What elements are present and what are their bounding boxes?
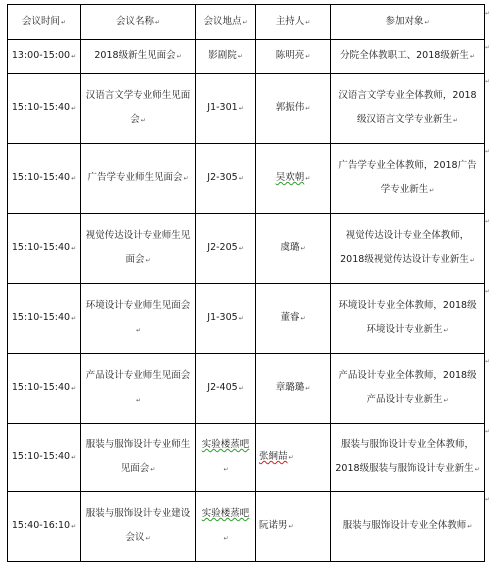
header-host: 主持人↵	[256, 5, 331, 40]
cell-attendees: 汉语言文学专业全体教师，2018级汉语言文学专业新生↵	[331, 74, 485, 144]
row-end-mark: ↵	[485, 218, 490, 225]
cell-name: 产品设计专业师生见面会↵	[81, 354, 196, 424]
cell-name: 汉语言文学专业师生见面会↵	[81, 74, 196, 144]
cell-time: 13:00-15:00↵	[8, 40, 81, 74]
header-attendees: 参加对象↵	[331, 5, 485, 40]
cell-name: 环境设计专业师生见面会↵	[81, 284, 196, 354]
cell-time: 15:40-16:10↵	[8, 492, 81, 562]
cell-host: 张絅喆↵	[256, 424, 331, 492]
cell-attendees: 广告学专业全体教师，2018广告学专业新生↵	[331, 144, 485, 214]
cell-time: 15:10-15:40↵	[8, 214, 81, 284]
cell-host: 董睿↵	[256, 284, 331, 354]
cell-host: 阮诺男↵	[256, 492, 331, 562]
cell-location: 实验楼蒸吧↵	[196, 424, 256, 492]
cell-location: J1-305↵	[196, 284, 256, 354]
cell-name: 广告学专业师生见面会↵	[81, 144, 196, 214]
row-end-mark: ↵	[485, 428, 490, 435]
cell-name: 2018级新生见面会↵	[81, 40, 196, 74]
table-row: 15:10-15:40↵ 产品设计专业师生见面会↵ J2-405↵ 章璐璐↵ 产…	[8, 354, 485, 424]
cell-attendees: 视觉传达设计专业全体教师，2018级视觉传达设计专业新生↵	[331, 214, 485, 284]
row-end-mark: ↵	[485, 78, 490, 85]
cell-attendees: 环境设计专业全体教师，2018级环境设计专业新生↵	[331, 284, 485, 354]
cell-time: 15:10-15:40↵	[8, 144, 81, 214]
row-end-mark: ↵	[485, 496, 490, 503]
cell-host: 陈明亮↵	[256, 40, 331, 74]
cell-attendees: 服装与服饰设计专业全体教师，2018级服装与服饰设计专业新生↵	[331, 424, 485, 492]
table-row: 15:10-15:40↵ 环境设计专业师生见面会↵ J1-305↵ 董睿↵ 环境…	[8, 284, 485, 354]
header-name: 会议名称↵	[81, 5, 196, 40]
cell-location: J2-305↵	[196, 144, 256, 214]
cell-time: 15:10-15:40↵	[8, 354, 81, 424]
table-row: 15:40-16:10↵ 服装与服饰设计专业建设会议↵ 实验楼蒸吧↵ 阮诺男↵ …	[8, 492, 485, 562]
table-row: 15:10-15:40↵ 视觉传达设计专业师生见面会↵ J2-205↵ 虞璐↵ …	[8, 214, 485, 284]
cell-attendees: 产品设计专业全体教师，2018级产品设计专业新生↵	[331, 354, 485, 424]
cell-attendees: 服装与服饰设计专业全体教师↵	[331, 492, 485, 562]
cell-name: 服装与服饰设计专业师生见面会↵	[81, 424, 196, 492]
cell-time: 15:10-15:40↵	[8, 284, 81, 354]
row-end-mark: ↵	[485, 10, 490, 17]
row-end-mark: ↵	[485, 44, 490, 51]
cell-name: 视觉传达设计专业师生见面会↵	[81, 214, 196, 284]
meeting-schedule-table: 会议时间↵ 会议名称↵ 会议地点↵ 主持人↵ 参加对象↵ 13:00-15:00…	[7, 4, 485, 562]
cell-host: 郭振伟↵	[256, 74, 331, 144]
cell-time: 15:10-15:40↵	[8, 424, 81, 492]
cell-host: 吴欢朝↵	[256, 144, 331, 214]
header-location: 会议地点↵	[196, 5, 256, 40]
cell-location: J2-405↵	[196, 354, 256, 424]
cell-location: J2-205↵	[196, 214, 256, 284]
cell-host: 章璐璐↵	[256, 354, 331, 424]
row-end-mark: ↵	[485, 288, 490, 295]
row-end-mark: ↵	[485, 148, 490, 155]
table-row: 15:10-15:40↵ 汉语言文学专业师生见面会↵ J1-301↵ 郭振伟↵ …	[8, 74, 485, 144]
table-row: 15:10-15:40↵ 广告学专业师生见面会↵ J2-305↵ 吴欢朝↵ 广告…	[8, 144, 485, 214]
row-end-mark: ↵	[485, 358, 490, 365]
header-time: 会议时间↵	[8, 5, 81, 40]
cell-location: 实验楼蒸吧↵	[196, 492, 256, 562]
cell-time: 15:10-15:40↵	[8, 74, 81, 144]
cell-location: J1-301↵	[196, 74, 256, 144]
cell-attendees: 分院全体教职工、2018级新生↵	[331, 40, 485, 74]
header-row: 会议时间↵ 会议名称↵ 会议地点↵ 主持人↵ 参加对象↵	[8, 5, 485, 40]
cell-name: 服装与服饰设计专业建设会议↵	[81, 492, 196, 562]
cell-host: 虞璐↵	[256, 214, 331, 284]
cell-location: 影剧院↵	[196, 40, 256, 74]
table-row: 15:10-15:40↵ 服装与服饰设计专业师生见面会↵ 实验楼蒸吧↵ 张絅喆↵…	[8, 424, 485, 492]
table-row: 13:00-15:00↵ 2018级新生见面会↵ 影剧院↵ 陈明亮↵ 分院全体教…	[8, 40, 485, 74]
